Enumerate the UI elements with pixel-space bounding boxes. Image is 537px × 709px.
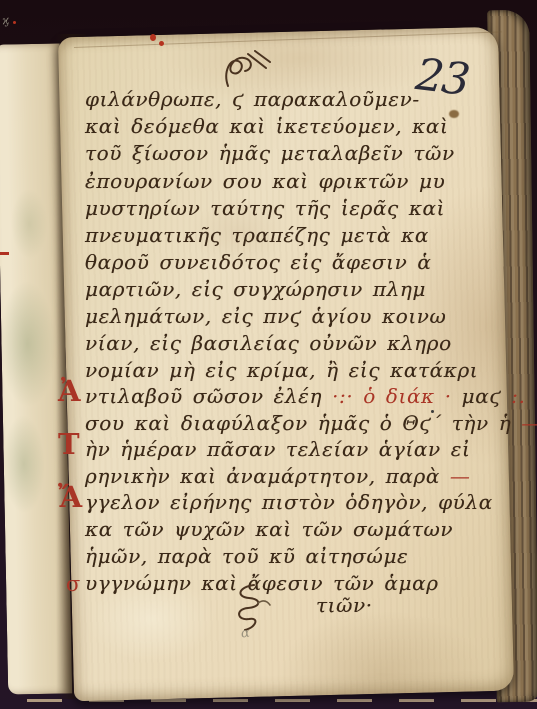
line-text: ἡμῶν, παρὰ τοῦ κῦ αἰτησώμε	[85, 544, 408, 568]
manuscript-line: ρηνικὴν καὶ ἀναμάρτητον, παρὰ —	[85, 463, 471, 489]
line-text: ἐπουρανίων σου καὶ φρικτῶν μυ	[85, 169, 445, 193]
red-ink-speck	[13, 21, 16, 24]
manuscript-line: ἐπουρανίων σου καὶ φρικτῶν μυ	[85, 168, 445, 194]
line-text: ρηνικὴν καὶ ἀναμάρτητον, παρὰ	[85, 464, 440, 488]
red-ink-speck	[159, 41, 164, 46]
line-text: νίαν, εἰς βασιλείας οὐνῶν κληρο	[85, 331, 452, 355]
line-text: καὶ δεόμεθα καὶ ἱκετεύομεν, καὶ	[85, 114, 448, 138]
manuscript-line: πνευματικῆς τραπέζης μετὰ κα	[85, 222, 429, 248]
line-text: γγελον εἰρήνης πιστὸν ὁδηγὸν, φύλα	[85, 490, 493, 514]
manuscript-line: θαροῦ συνειδότος εἰς ἄφεσιν ἁ	[85, 249, 431, 275]
rubric-initial: Ἄ	[58, 484, 83, 510]
line-text: ντιλαβοῦ σῶσον ἐλέη	[85, 384, 322, 408]
rubric-dash: —	[440, 464, 471, 488]
manuscript-line: τιῶν·	[316, 592, 373, 618]
line-text: μελημάτων, εἰς πνϛ ἁγίου κοινω	[85, 304, 446, 328]
faint-alpha-mark: α	[240, 625, 251, 641]
manuscript-line: ἡμῶν, παρὰ τοῦ κῦ αἰτησώμε	[85, 543, 408, 569]
manuscript-line: μελημάτων, εἰς πνϛ ἁγίου κοινω	[85, 303, 446, 329]
manuscript-line: Ἀντιλαβοῦ σῶσον ἐλέη·:· ὁ διάκ · μαϛ :.	[85, 383, 525, 409]
brown-stain-spot	[449, 110, 459, 118]
rubric-dash: —	[511, 411, 537, 435]
folio-number: 23	[413, 49, 471, 106]
rubric-initial: Ἀ	[58, 378, 81, 404]
manuscript-line: σου καὶ διαφύλαξον ἡμᾶς ὁ Θϛ΄ τὴν ἡ —	[85, 410, 537, 436]
rubric-initial: Τ	[58, 431, 80, 457]
manuscript-line: μαρτιῶν, εἰς συγχώρησιν πλημ	[85, 276, 426, 302]
line-text: κα τῶν ψυχῶν καὶ τῶν σωμάτων	[85, 517, 453, 541]
line-text: μυστηρίων ταύτης τῆς ἱερᾶς καὶ	[85, 196, 445, 220]
manuscript-line: Ἄγγελον εἰρήνης πιστὸν ὁδηγὸν, φύλα	[85, 489, 493, 515]
line-text: πνευματικῆς τραπέζης μετὰ κα	[85, 223, 429, 247]
red-ink-speck	[150, 34, 156, 41]
manuscript-photo: ϗ 23 φιλάνθρωπε, ϛ παρακαλοῦμεν- καὶ δεό…	[0, 0, 537, 709]
line-text: φιλάνθρωπε, ϛ παρακαλοῦμεν-	[85, 87, 420, 111]
rubric-mark: :.	[511, 384, 525, 408]
manuscript-line: καὶ δεόμεθα καὶ ἱκετεύομεν, καὶ	[85, 113, 448, 139]
line-text: μαϛ	[452, 384, 511, 408]
manuscript-line: νίαν, εἰς βασιλείας οὐνῶν κληρο	[85, 330, 452, 356]
line-text: τιῶν·	[316, 593, 373, 617]
manuscript-line: νομίαν μὴ εἰς κρίμα, ἢ εἰς κατάκρι	[85, 357, 478, 383]
rubric-text: ·:· ὁ διάκ ·	[332, 384, 452, 408]
knot-ornament-icon	[222, 50, 272, 90]
end-flourish-icon	[228, 583, 274, 633]
line-text: σου καὶ διαφύλαξον ἡμᾶς ὁ Θϛ΄ τὴν ἡ	[85, 411, 511, 435]
margin-red-dash	[0, 252, 9, 255]
line-text: νομίαν μὴ εἰς κρίμα, ἢ εἰς κατάκρι	[85, 358, 478, 382]
manuscript-line: κα τῶν ψυχῶν καὶ τῶν σωμάτων	[85, 516, 453, 542]
manuscript-line: τοῦ ξίωσον ἡμᾶς μεταλαβεῖν τῶν	[85, 140, 455, 166]
line-text: ὴν ἡμέραν πᾶσαν τελείαν ἁγίαν εἰ	[85, 437, 470, 461]
rubric-initial: σ	[66, 571, 81, 597]
line-text: μαρτιῶν, εἰς συγχώρησιν πλημ	[85, 277, 426, 301]
manuscript-line: Τὴν ἡμέραν πᾶσαν τελείαν ἁγίαν εἰ	[85, 436, 470, 462]
line-text: θαροῦ συνειδότος εἰς ἄφεσιν ἁ	[85, 250, 431, 274]
line-text: τοῦ ξίωσον ἡμᾶς μεταλαβεῖν τῶν	[85, 141, 455, 165]
manuscript-line: φιλάνθρωπε, ϛ παρακαλοῦμεν-	[85, 86, 420, 112]
manuscript-line: μυστηρίων ταύτης τῆς ἱερᾶς καὶ	[85, 195, 445, 221]
